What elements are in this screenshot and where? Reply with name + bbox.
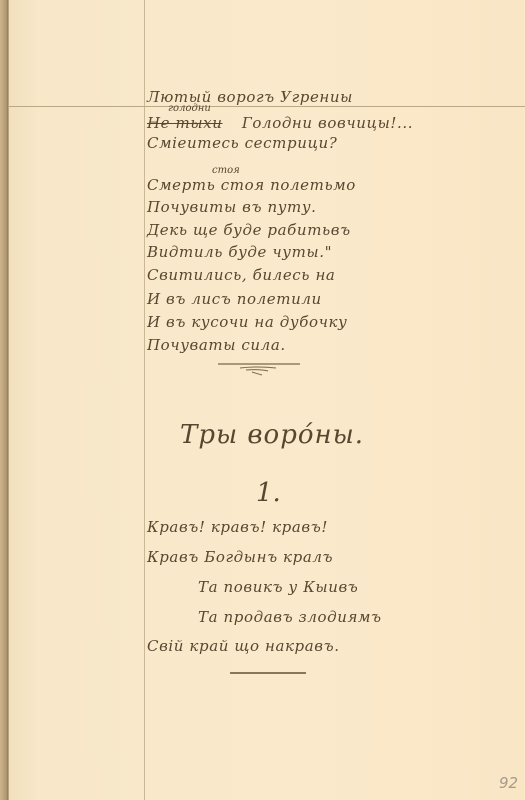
stanza2-line3: Декь ще буде рабитьвъ (147, 221, 351, 239)
stanza2-line6: И въ лисъ полетили (147, 290, 322, 308)
poem-title: Тры ворóны. (180, 420, 364, 450)
stanza1-correction: голодни (168, 103, 211, 114)
section-number: 1. (256, 478, 281, 508)
stanza2-line5: Свитились, билесь на (147, 266, 335, 284)
page-number: 92 (499, 774, 518, 792)
stanza3-line2: Кравъ Богдынъ кралъ (147, 548, 333, 566)
stanza2-line7: И въ кусочи на дубочку (147, 313, 347, 331)
stanza3-line4: Та продавъ злодиямъ (198, 608, 382, 626)
stanza1-line2: Не тыхи Голодни вовчицы!... (147, 114, 413, 132)
stanza1-line3: Сміеитесь сестрици? (147, 134, 337, 152)
stanza2-line4: Видтиль буде чуты." (147, 243, 332, 261)
stanza2-correction: стоя (212, 165, 240, 176)
stanza3-line5: Свій край що накравъ. (147, 637, 340, 655)
end-divider (230, 672, 306, 674)
stanza2-line2: Почувиты въ путу. (147, 198, 317, 216)
stanza3-line3: Та повикъ у Кыивъ (198, 578, 358, 596)
stanza3-line1: Кравъ! кравъ! кравъ! (147, 518, 328, 536)
flourish-divider (218, 362, 300, 376)
binding-edge (0, 0, 9, 800)
stanza2-line1: Смерть стоя полетьмо (147, 176, 356, 194)
struck-word: Не тыхи (147, 114, 223, 132)
stanza2-line8: Почуваты сила. (147, 336, 286, 354)
top-rule (9, 106, 525, 107)
stanza1-line2-text: Голодни вовчицы!... (242, 114, 413, 132)
margin-line (144, 0, 145, 800)
manuscript-page: Лютый ворогъ Угрениы голодни Не тыхи Гол… (0, 0, 525, 800)
